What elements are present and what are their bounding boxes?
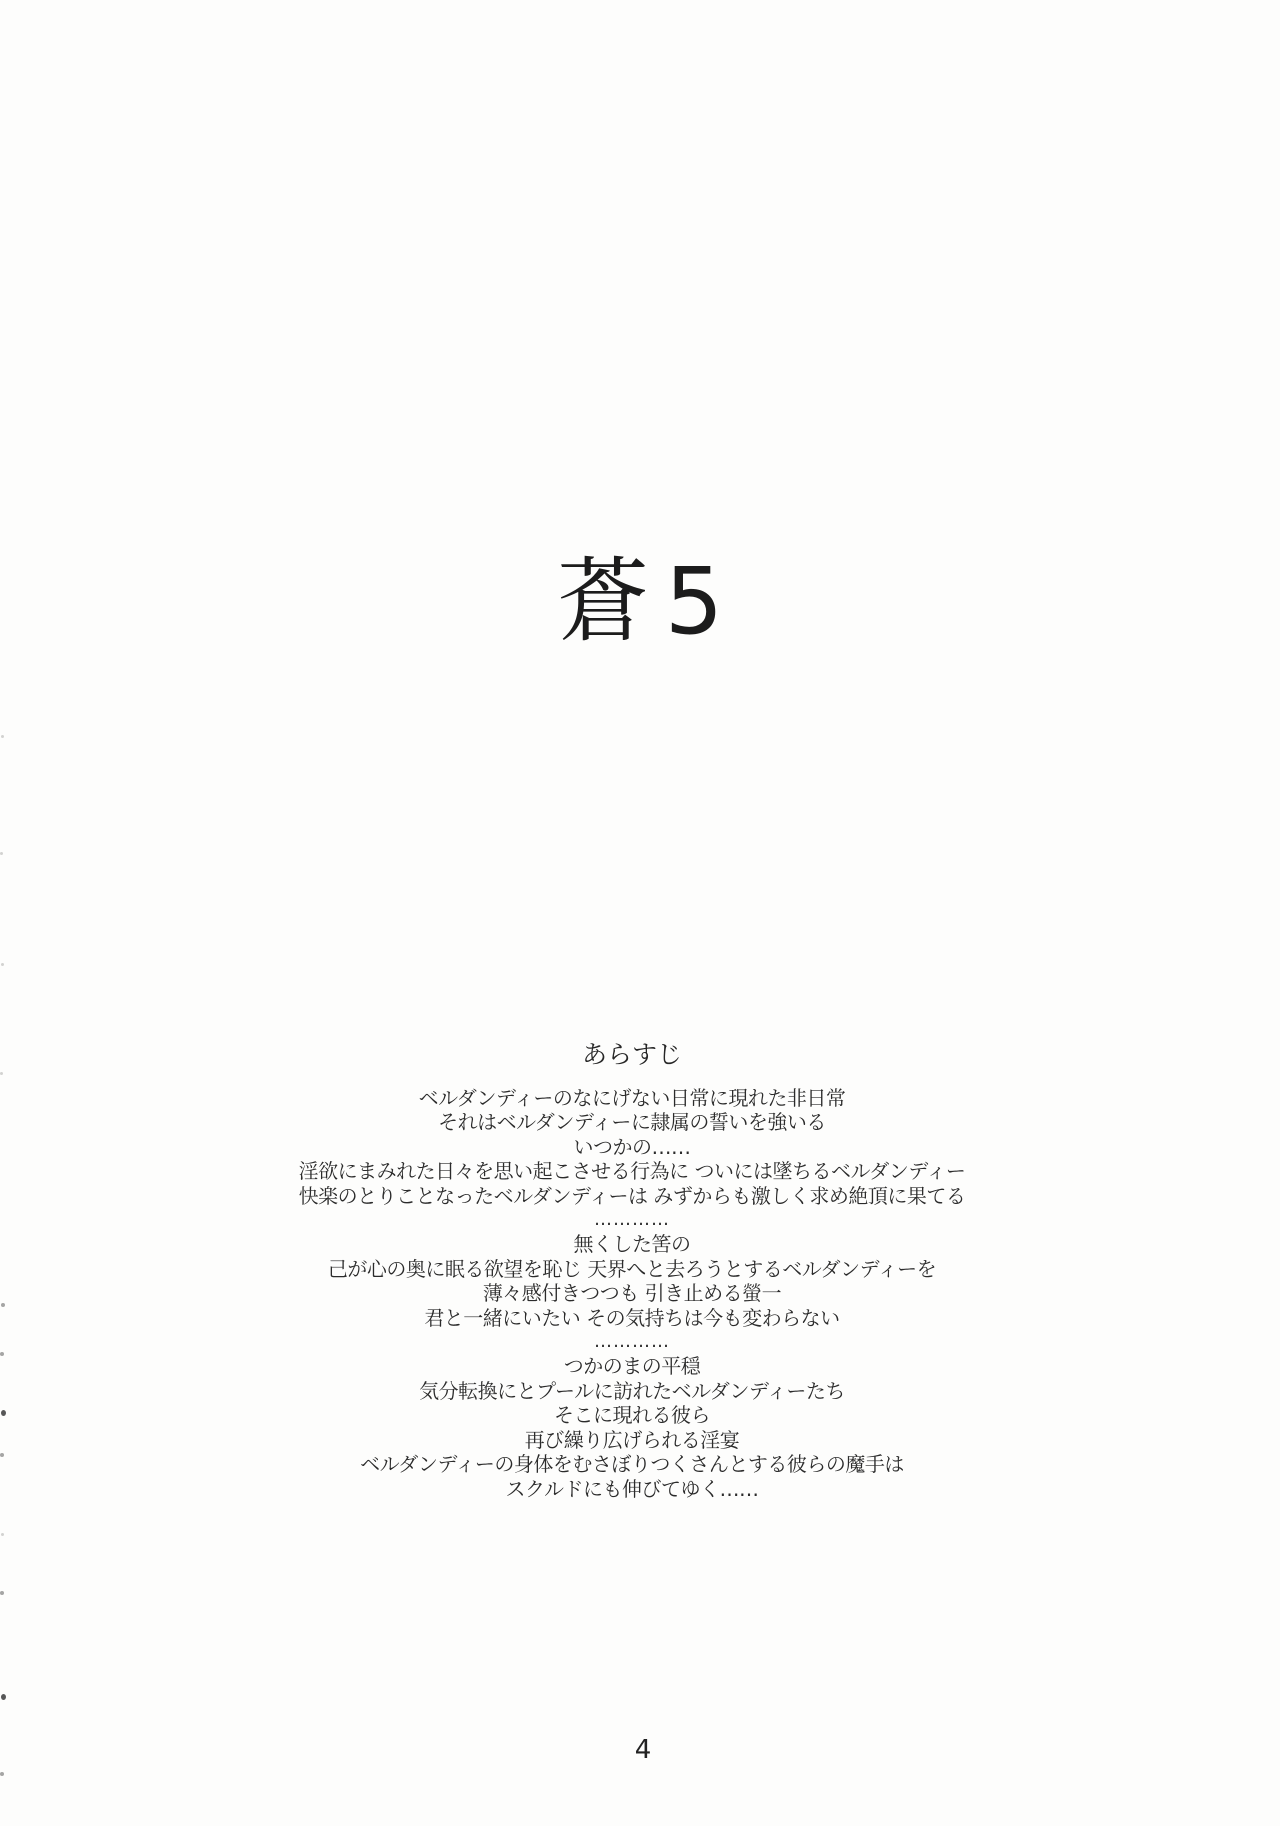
synopsis-line: スクルドにも伸びてゆく……: [0, 1477, 1272, 1501]
synopsis-line: 薄々感付きつつも 引き止める螢一: [0, 1281, 1272, 1305]
synopsis-line: 君と一緒にいたい その気持ちは今も変わらない: [0, 1306, 1272, 1330]
synopsis-block: ベルダンディーのなにげない日常に現れた非日常 それはベルダンディーに隷属の誓いを…: [0, 1086, 1272, 1501]
page-title: 蒼5: [8, 556, 1280, 648]
synopsis-ellipsis-line: …………: [0, 1208, 1272, 1232]
scan-speck: [1, 1410, 6, 1416]
synopsis-line: いつかの……: [0, 1135, 1272, 1159]
synopsis-line: そこに現れる彼ら: [0, 1403, 1272, 1427]
scan-speck: [1, 963, 4, 966]
scan-speck: [0, 1453, 4, 1457]
synopsis-line: ベルダンディーのなにげない日常に現れた非日常: [0, 1086, 1272, 1110]
scan-speck: [0, 1772, 4, 1776]
scan-speck: [1, 1533, 4, 1536]
scanned-document-page: 蒼5 あらすじ ベルダンディーのなにげない日常に現れた非日常 それはベルダンディ…: [0, 0, 1280, 1826]
synopsis-line: それはベルダンディーに隷属の誓いを強いる: [0, 1110, 1272, 1134]
synopsis-ellipsis-line: …………: [0, 1330, 1272, 1354]
scan-speck: [1, 1694, 6, 1700]
synopsis-line: ベルダンディーの身体をむさぼりつくさんとする彼らの魔手は: [0, 1452, 1272, 1476]
synopsis-line: 己が心の奥に眠る欲望を恥じ 天界へと去ろうとするベルダンディーを: [0, 1257, 1272, 1281]
scan-speck: [1, 735, 4, 738]
synopsis-line: 無くした筈の: [0, 1232, 1272, 1256]
scan-speck: [0, 1591, 4, 1595]
synopsis-line: 淫欲にまみれた日々を思い起こさせる行為に ついには墜ちるベルダンディー: [0, 1159, 1272, 1183]
page-number: 4: [3, 1736, 1280, 1765]
synopsis-line: 再び繰り広げられる淫宴: [0, 1428, 1272, 1452]
synopsis-line: 快楽のとりことなったベルダンディーは みずからも激しく求め絶頂に果てる: [0, 1184, 1272, 1208]
synopsis-line: 気分転換にとプールに訪れたベルダンディーたち: [0, 1379, 1272, 1403]
scan-speck: [1, 1303, 5, 1307]
scan-speck: [0, 1352, 4, 1356]
scan-speck: [0, 852, 3, 855]
synopsis-line: つかのまの平穏: [0, 1354, 1272, 1378]
scan-speck: [0, 1072, 3, 1075]
synopsis-heading: あらすじ: [0, 1040, 1272, 1070]
